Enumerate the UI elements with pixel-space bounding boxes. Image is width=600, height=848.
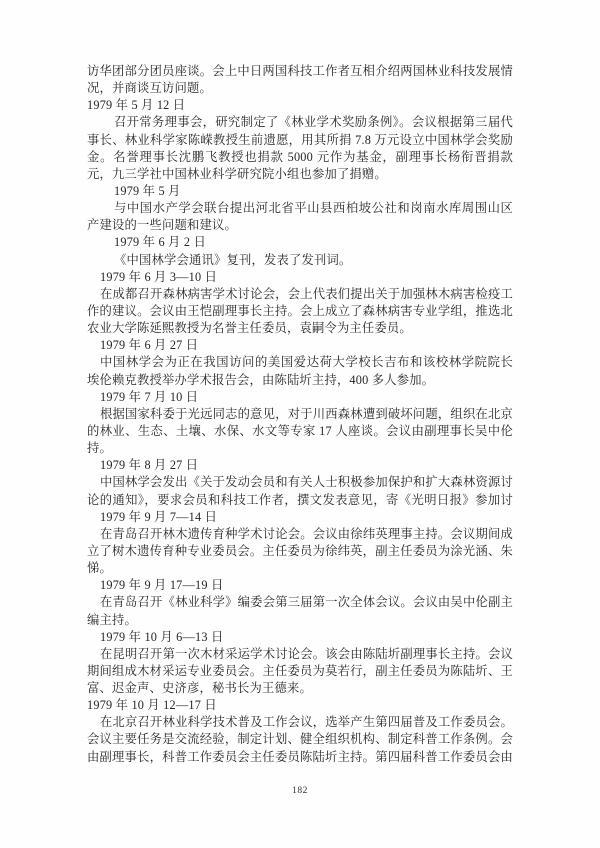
date-line: 1979 年 9 月 7—14 日 <box>87 509 513 526</box>
text-line: 与中国水产学会联台提出河北省平山县西柏坡公社和岗南水库周围山区生 <box>87 200 513 217</box>
text-line: 悌。 <box>87 560 513 577</box>
date-line: 1979 年 6 月 2 日 <box>87 234 513 251</box>
text-line: 根据国家科委于光远同志的意见，对于川西森林遭到破坏问题，组织在北京 <box>87 406 513 423</box>
text-line: 在成都召开森林病害学术讨论会，会上代表们提出关于加强林木病害检疫工 <box>87 286 513 303</box>
text-line: 况，并商谈互访问题。 <box>87 80 513 97</box>
text-line: 立了树木遗传育种专业委员会。主任委员为徐纬英，副主任委员为涂光涵、朱之 <box>87 543 513 560</box>
scanned-book-page: 访华团部分团员座谈。会上中日两国科技工作者互相介绍两国林业科技发展情况，并商谈互… <box>0 0 600 848</box>
date-line: 1979 年 5 月 <box>87 183 513 200</box>
text-line: 的林业、生态、土壤、水保、水文等专家 17 人座谈。会议由副理事长吴中伦主 <box>87 423 513 440</box>
page-number: 182 <box>0 786 600 796</box>
text-line: 事长、林业科学家陈嵘教授生前遗愿，用其所捐 7.8 万元设立中国林学会奖励基 <box>87 132 513 149</box>
text-line: 农业大学陈延熙教授为名誉主任委员，袁嗣令为主任委员。 <box>87 320 513 337</box>
date-line: 1979 年 10 月 6—13 日 <box>87 629 513 646</box>
text-line: 召开常务理事会，研究制定了《林业学术奖励条例》。会议根据第三届代理 <box>87 114 513 131</box>
date-line: 1979 年 6 月 27 日 <box>87 337 513 354</box>
date-line: 1979 年 10 月 12—17 日 <box>87 697 513 714</box>
text-line: 访华团部分团员座谈。会上中日两国科技工作者互相介绍两国林业科技发展情 <box>87 63 513 80</box>
text-line: 金。名誉理事长沈鹏飞教授也捐款 5000 元作为基金，副理事长杨衔晋捐款 500 <box>87 149 513 166</box>
date-line: 1979 年 9 月 17—19 日 <box>87 577 513 594</box>
text-line: 富、迟金声、史济彦，秘书长为王德来。 <box>87 680 513 697</box>
text-line: 在青岛召开《林业科学》编委会第三届第一次全体会议。会议由吴中伦副主 <box>87 594 513 611</box>
date-line: 1979 年 5 月 12 日 <box>87 97 513 114</box>
text-line: 期间组成木材采运专业委员会。主任委员为莫若行，副主任委员为陈陆圻、王长 <box>87 663 513 680</box>
text-line: 中国林学会为正在我国访问的美国爱达荷大学校长吉布和该校林学院院长 <box>87 354 513 371</box>
date-line: 1979 年 8 月 27 日 <box>87 457 513 474</box>
text-line: 产建设的一些问题和建议。 <box>87 217 513 234</box>
text-line: 在北京召开林业科学技术普及工作会议，选举产生第四届普及工作委员会。 <box>87 714 513 731</box>
date-line: 1979 年 7 月 10 日 <box>87 389 513 406</box>
text-line: 《中国林学会通讯》复刊，发表了发刊词。 <box>87 252 513 269</box>
text-line: 中国林学会发出《关于发动会员和有关人士积极参加保护和扩大森林资源讨 <box>87 474 513 491</box>
text-line: 元，九三学社中国林业科学研究院小组也参加了捐赠。 <box>87 166 513 183</box>
text-line: 持。 <box>87 440 513 457</box>
page-text-block: 访华团部分团员座谈。会上中日两国科技工作者互相介绍两国林业科技发展情况，并商谈互… <box>87 63 513 766</box>
text-line: 会议主要任务是交流经验，制定计划、健全组织机构、制定科普工作条例。会议 <box>87 731 513 748</box>
date-line: 1979 年 6 月 3—10 日 <box>87 269 513 286</box>
text-line: 由副理事长，科普工作委员会主任委员陈陆圻主持。第四届科普工作委员会由 <box>87 749 513 766</box>
text-line: 论的通知》，要求会员和科技工作者，撰文发表意见，寄《光明日报》参加讨论。 <box>87 492 513 509</box>
text-line: 在青岛召开林木遗传育种学术讨论会。会议由徐纬英理事主持。会议期间成 <box>87 526 513 543</box>
text-line: 在昆明召开第一次木材采运学术讨论会。该会由陈陆圻副理事长主持。会议 <box>87 646 513 663</box>
text-line: 作的建议。会议由王恺副理事长主持。会上成立了森林病害专业学组，推选北京 <box>87 303 513 320</box>
text-line: 编主持。 <box>87 612 513 629</box>
text-line: 埃伦赖克教授举办学术报告会，由陈陆圻主持，400 多人参加。 <box>87 372 513 389</box>
